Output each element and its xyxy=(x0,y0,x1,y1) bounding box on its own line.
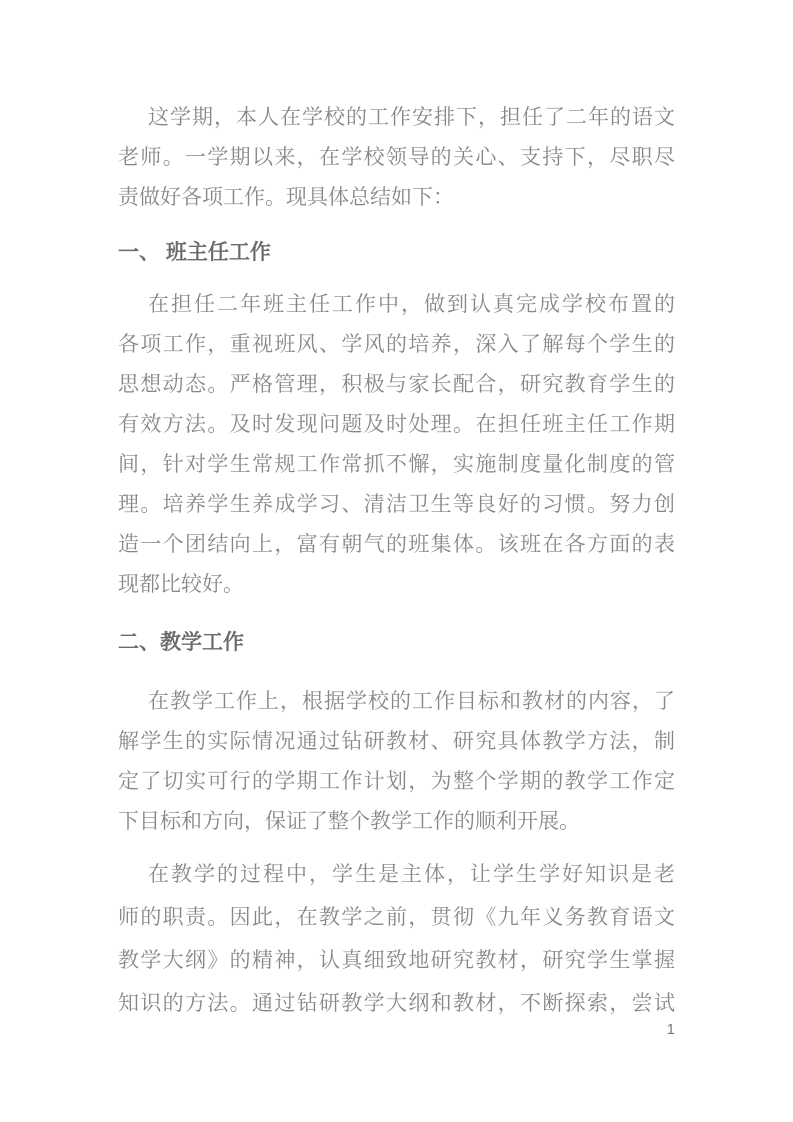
text-line: 间，针对学生常规工作常抓不懈，实施制度量化制度的管 xyxy=(118,445,675,485)
text-line: 教学大纲》的精神，认真细致地研究教材，研究学生掌握 xyxy=(118,939,675,982)
teaching-plan-paragraph: 在教学工作上，根据学校的工作目标和教材的内容，了 解学生的实际情况通过钻研教材、… xyxy=(118,682,675,842)
section-heading-teaching-work: 二、教学工作 xyxy=(118,623,675,663)
text-line: 在教学工作上，根据学校的工作目标和教材的内容，了 xyxy=(118,682,675,722)
homeroom-work-paragraph: 在担任二年班主任工作中，做到认真完成学校布置的 各项工作，重视班风、学风的培养，… xyxy=(118,285,675,605)
text-line: 定了切实可行的学期工作计划，为整个学期的教学工作定 xyxy=(118,762,675,802)
text-line: 师的职责。因此，在教学之前，贯彻《九年义务教育语文 xyxy=(118,896,675,939)
text-line: 老师。一学期以来，在学校领导的关心、支持下，尽职尽 xyxy=(118,138,675,178)
text-line: 解学生的实际情况通过钻研教材、研究具体教学方法，制 xyxy=(118,722,675,762)
page-number: 1 xyxy=(667,1022,675,1038)
text-line: 在担任二年班主任工作中，做到认真完成学校布置的 xyxy=(118,285,675,325)
text-line: 下目标和方向，保证了整个教学工作的顺利开展。 xyxy=(118,802,675,842)
text-line: 理。培养学生养成学习、清洁卫生等良好的习惯。努力创 xyxy=(118,485,675,525)
document-page: 这学期，本人在学校的工作安排下，担任了二年的语文 老师。一学期以来，在学校领导的… xyxy=(0,0,793,1122)
text-line: 在教学的过程中，学生是主体，让学生学好知识是老 xyxy=(118,853,675,896)
text-line: 知识的方法。通过钻研教学大纲和教材，不断探索，尝试 xyxy=(118,982,675,1025)
text-line: 有效方法。及时发现问题及时处理。在担任班主任工作期 xyxy=(118,405,675,445)
text-line: 责做好各项工作。现具体总结如下： xyxy=(118,178,675,218)
document-body: 这学期，本人在学校的工作安排下，担任了二年的语文 老师。一学期以来，在学校领导的… xyxy=(118,98,675,1025)
intro-paragraph: 这学期，本人在学校的工作安排下，担任了二年的语文 老师。一学期以来，在学校领导的… xyxy=(118,98,675,218)
text-line: 造一个团结向上，富有朝气的班集体。该班在各方面的表 xyxy=(118,525,675,565)
text-line: 思想动态。严格管理，积极与家长配合，研究教育学生的 xyxy=(118,365,675,405)
text-line: 各项工作，重视班风、学风的培养，深入了解每个学生的 xyxy=(118,325,675,365)
text-line: 现都比较好。 xyxy=(118,565,675,605)
section-heading-homeroom-work: 一、 班主任工作 xyxy=(118,233,675,273)
text-line: 这学期，本人在学校的工作安排下，担任了二年的语文 xyxy=(118,98,675,138)
teaching-process-paragraph: 在教学的过程中，学生是主体，让学生学好知识是老 师的职责。因此，在教学之前，贯彻… xyxy=(118,853,675,1025)
